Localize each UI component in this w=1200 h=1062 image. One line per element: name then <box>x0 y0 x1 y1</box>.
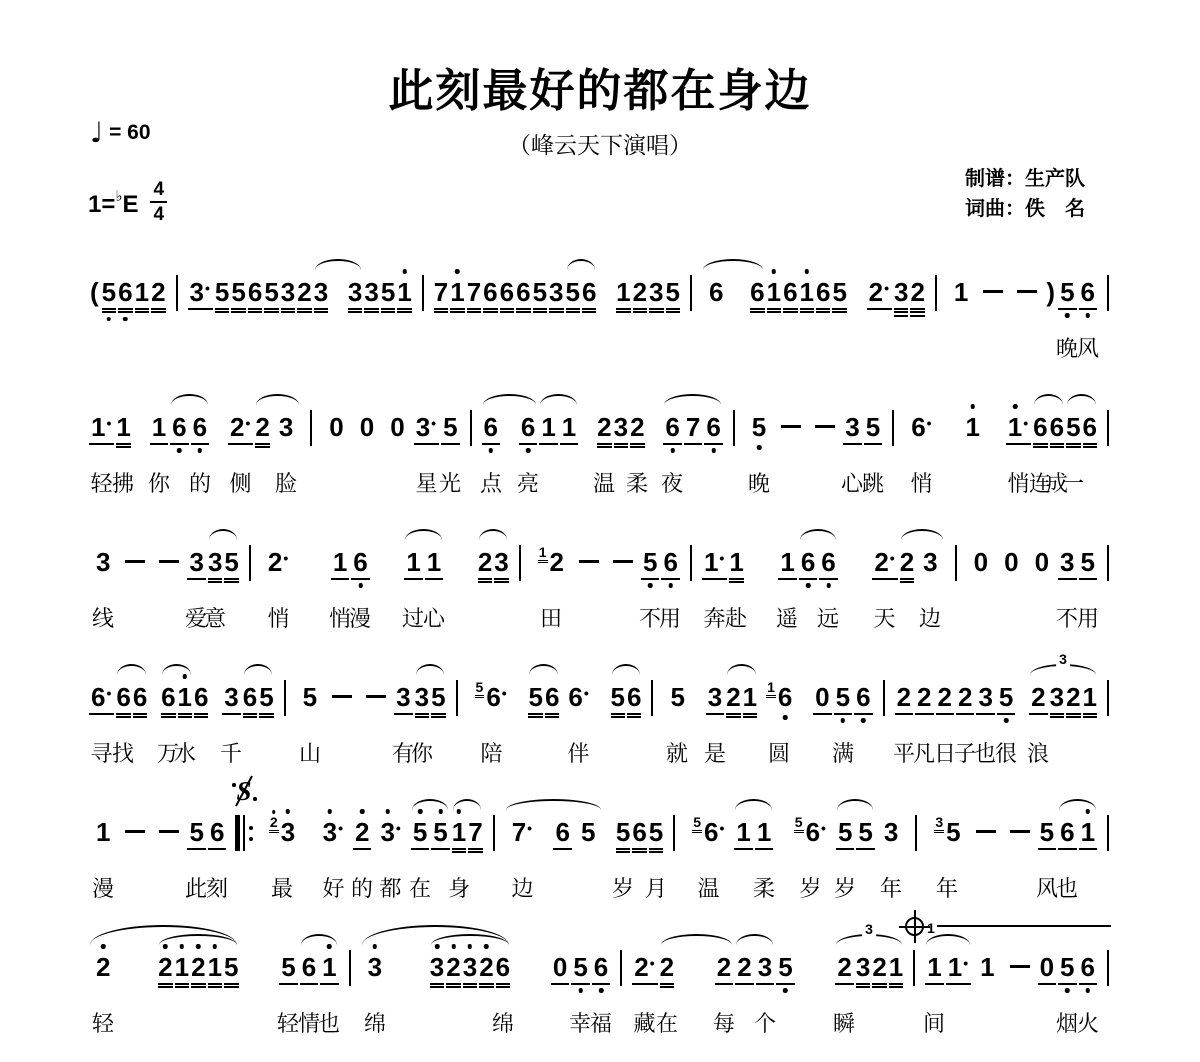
note-token: 56• <box>684 816 733 848</box>
note-token: 2 <box>296 276 312 308</box>
lyric-syllable: 藏 <box>633 1007 655 1038</box>
lyric-syllable: 日 <box>934 737 956 768</box>
barline <box>651 680 653 716</box>
note-token: 56• <box>467 681 516 713</box>
rest-token: 0 <box>382 411 412 443</box>
lyric-syllable: 悄 <box>267 602 289 633</box>
note-token: 6 <box>818 546 838 578</box>
slur-arc <box>244 664 272 675</box>
note-token: 5 <box>662 681 692 713</box>
slur-arc <box>479 529 507 540</box>
lyric-syllable: 个 <box>754 1007 776 1038</box>
rest-token: 0 <box>966 546 996 578</box>
note-token: 5 <box>380 276 396 308</box>
note-token: 1 <box>742 681 758 713</box>
lyric-syllable: 平 <box>893 737 915 768</box>
note-token: 6 <box>247 276 263 308</box>
note-token: 3 <box>915 546 945 578</box>
note-token: 1• <box>1005 411 1032 443</box>
barline <box>249 545 251 581</box>
dash-extension <box>359 681 393 713</box>
rest-token: 0 <box>996 546 1026 578</box>
dash-extension <box>118 816 152 848</box>
lyric-syllable: 天 <box>873 602 895 633</box>
score-line-4: 6•66616365533556•566•5653211605622223523… <box>88 653 1118 788</box>
barline <box>493 815 495 851</box>
note-token: 2 <box>88 951 118 983</box>
slur-arc <box>209 529 237 540</box>
note-token: 6• <box>903 411 940 443</box>
credits-block: 制谱：生产队 词曲：佚 名 <box>965 164 1085 224</box>
note-token: 6 <box>853 681 873 713</box>
lyric-syllable: 也 <box>974 737 996 768</box>
note-token: 6 <box>242 681 258 713</box>
note-token: 5 <box>430 681 446 713</box>
lyric-syllable: 也 <box>318 1007 340 1038</box>
note-token: 5 <box>744 411 774 443</box>
lyric-syllable: 也 <box>1056 872 1078 903</box>
sheet-music-page: 此刻最好的都在身边 （峰云天下演唱） ♩ = 60 1=♭E44 制谱：生产队 … <box>0 0 1200 1062</box>
lyric-syllable: 的 <box>351 872 373 903</box>
note-token: 2• <box>631 951 658 983</box>
parenthesis: ) <box>1044 276 1057 308</box>
barline <box>1107 680 1109 716</box>
note-token: 5 <box>223 546 239 578</box>
note-token: 6• <box>560 681 597 713</box>
lyric-syllable: 刻 <box>206 872 228 903</box>
slur-arc <box>735 799 772 810</box>
quarter-note-icon: ♩ <box>90 116 103 149</box>
barline <box>310 410 312 446</box>
note-token: 5 <box>214 276 230 308</box>
volta-bracket-line <box>937 925 1111 927</box>
note-token: 6 <box>115 681 131 713</box>
performer-line: （峰云天下演唱） <box>0 127 1200 160</box>
lyric-syllable: 寻 <box>90 737 112 768</box>
notation-row: 6•66616365533556•566•5653211605622223523… <box>88 681 1118 716</box>
coda-mark: 1 <box>905 917 924 936</box>
note-token: 2 <box>352 816 372 848</box>
lyric-syllable: 瞬 <box>833 1007 855 1038</box>
slur-arc <box>664 394 721 405</box>
credit-writer: 词曲：佚 名 <box>965 194 1085 224</box>
note-token: 1 <box>1078 816 1098 848</box>
note-token: 2 <box>871 951 887 983</box>
note-token: 5 <box>278 951 298 983</box>
note-token: 2 <box>909 276 925 308</box>
lyric-syllable: 意 <box>204 602 226 633</box>
lyric-syllable: 光 <box>439 467 461 498</box>
lyric-syllable: 温 <box>697 872 719 903</box>
note-token: 6 <box>482 276 498 308</box>
note-token: 1 <box>946 276 976 308</box>
note-token: 3 <box>313 276 329 308</box>
key-prefix: 1= <box>88 191 115 218</box>
note-token: 3 <box>842 411 862 443</box>
slur-arc <box>412 799 448 810</box>
grace-note: 2 <box>269 815 279 833</box>
flat-icon: ♭ <box>115 187 122 205</box>
note-token: 3• <box>315 816 352 848</box>
note-token: 2 <box>629 411 645 443</box>
repeat-begin-barline <box>235 815 253 851</box>
note-token: 1 <box>888 951 904 983</box>
note-token: 2 <box>714 951 734 983</box>
notation-row: 2212155613323260562•22235232111•1056 <box>88 951 1118 986</box>
coda-icon <box>905 917 924 936</box>
dash-extension <box>976 276 1010 308</box>
note-token: 3 <box>705 681 725 713</box>
note-token: 2• <box>227 411 254 443</box>
grace-note: 1 <box>766 680 776 698</box>
lyric-syllable: 一 <box>1062 467 1084 498</box>
notation-row: 1•11662•230003•566112326765356•11•6656 <box>88 411 1118 446</box>
note-token: 6 <box>350 546 370 578</box>
lyric-syllable: 晚 <box>1056 332 1078 363</box>
note-token: 6 <box>207 816 227 848</box>
note-token: 6 <box>798 546 818 578</box>
note-token: 3 <box>855 951 871 983</box>
slur-arc <box>540 394 577 405</box>
key-letter: E <box>122 191 138 218</box>
rest-token: 0 <box>550 951 570 983</box>
note-token: 6 <box>581 276 597 308</box>
note-token: 2 <box>734 951 754 983</box>
notation-row: 33352•16112312561•11662•2300035 <box>88 546 1118 581</box>
note-token: 2• <box>871 546 898 578</box>
note-token: 5 <box>565 276 581 308</box>
note-token: 6 <box>481 411 501 443</box>
note-token: 6 <box>662 411 682 443</box>
note-token: 3 <box>271 411 301 443</box>
note-token: 6 <box>749 276 765 308</box>
barline <box>1107 410 1109 446</box>
note-token: 1 <box>149 411 169 443</box>
note-token: 1 <box>451 816 467 848</box>
barline <box>422 275 424 311</box>
note-token: 3 <box>414 681 430 713</box>
note-token: 1 <box>559 411 579 443</box>
score-line-3: 33352•16112312561•11662•2300035线爱意悄悄漫过心田… <box>88 518 1118 653</box>
slur-arc <box>483 394 536 405</box>
note-token: 5 <box>640 546 660 578</box>
slur-arc <box>727 664 756 675</box>
lyric-syllable: 漫 <box>92 872 114 903</box>
slur-arc <box>506 799 601 810</box>
barline <box>883 680 885 716</box>
note-token: 6 <box>1057 816 1077 848</box>
slur-arc <box>612 664 640 675</box>
note-token: 3 <box>1057 546 1077 578</box>
grace-note: 5 <box>794 815 804 833</box>
lyric-syllable: 用 <box>1077 602 1099 633</box>
note-token: 2 <box>190 951 206 983</box>
note-token: 3 <box>462 951 478 983</box>
lyric-syllable: 线 <box>92 602 114 633</box>
lyric-syllable: 在 <box>656 1007 678 1038</box>
slur-arc <box>162 664 191 675</box>
note-token: 2 <box>725 681 741 713</box>
note-token: 3 <box>648 276 664 308</box>
note-token: 3 <box>207 546 223 578</box>
note-token: 5 <box>223 951 239 983</box>
dash-extension <box>808 411 842 443</box>
barline <box>176 275 178 311</box>
note-token: 6 <box>518 411 538 443</box>
note-token: 1• <box>701 546 728 578</box>
note-token: 6 <box>660 546 680 578</box>
note-token: 1 <box>115 411 131 443</box>
lyric-syllable: 间 <box>923 1007 945 1038</box>
lyric-syllable: 圆 <box>768 737 790 768</box>
note-token: 6 <box>499 276 515 308</box>
barline <box>915 815 917 851</box>
note-token: 6 <box>701 276 731 308</box>
notation-row: 156233•23•55177•6556556•1156•55335561 <box>88 816 1118 851</box>
augmentation-dot: • <box>963 956 968 970</box>
note-token: 5 <box>1078 546 1098 578</box>
lyric-syllable: 每 <box>713 1007 735 1038</box>
note-token: 6 <box>160 681 176 713</box>
lyric-syllable: 你 <box>411 737 433 768</box>
note-token: 1 <box>174 951 190 983</box>
slur-arc <box>800 529 836 540</box>
note-token: 5 <box>996 681 1016 713</box>
note-token: 5 <box>230 276 246 308</box>
lyric-syllable: 边 <box>919 602 941 633</box>
note-token: 5 <box>527 681 543 713</box>
note-token: 6 <box>495 951 511 983</box>
note-token: 3 <box>88 546 118 578</box>
lyric-syllable: 悄 <box>329 602 351 633</box>
note-token: 3 <box>755 951 775 983</box>
barline <box>456 680 458 716</box>
note-token: 1 <box>733 816 753 848</box>
grace-note: 3 <box>934 815 944 833</box>
augmentation-dot: • <box>338 821 343 835</box>
note-token: 2 <box>150 276 166 308</box>
lyric-syllable: 风 <box>1077 332 1099 363</box>
lyric-syllable: 情 <box>298 1007 320 1038</box>
note-token: 6 <box>190 411 210 443</box>
barline <box>349 950 351 986</box>
dash-extension <box>969 816 1003 848</box>
score-line-5: 156233•23•55177•6556556•1156•55335561漫此刻… <box>88 788 1118 923</box>
notation-row: (56123•556532333517176665356123566161652… <box>88 276 1118 311</box>
barline <box>1107 545 1109 581</box>
lyric-syllable: 侧 <box>229 467 251 498</box>
note-token: 1 <box>728 546 744 578</box>
barline <box>284 680 286 716</box>
note-token: 1 <box>777 546 797 578</box>
augmentation-dot: • <box>502 686 507 700</box>
lyric-syllable: 夜 <box>661 467 683 498</box>
note-token: 1 <box>330 546 350 578</box>
note-token: 5 <box>101 276 117 308</box>
augmentation-dot: • <box>821 821 826 835</box>
lyric-syllable: 水 <box>174 737 196 768</box>
lyric-syllable: 你 <box>148 467 170 498</box>
note-token: 1 <box>449 276 465 308</box>
note-token: 6 <box>1082 411 1098 443</box>
note-token: 6 <box>132 681 148 713</box>
lyric-syllable: 脸 <box>275 467 297 498</box>
lyric-syllable: 漫 <box>349 602 371 633</box>
note-token: 1 <box>403 546 423 578</box>
credit-arranger: 制谱：生产队 <box>965 164 1085 194</box>
lyric-syllable: 幸 <box>569 1007 591 1038</box>
lyric-syllable: 点 <box>480 467 502 498</box>
lyric-syllable: 陪 <box>480 737 502 768</box>
note-token: 5 <box>263 276 279 308</box>
lyric-syllable: 年 <box>880 872 902 903</box>
note-token: 3 <box>393 681 413 713</box>
barline <box>955 545 957 581</box>
note-token: 1 <box>207 951 223 983</box>
augmentation-dot: • <box>650 956 655 970</box>
lyric-syllable: 晚 <box>748 467 770 498</box>
note-token: 2 <box>935 681 955 713</box>
augmentation-dot: • <box>431 416 436 430</box>
note-token: 3 <box>429 951 445 983</box>
score-line-2: 1•11662•230003•566112326765356•11•6656轻拂… <box>88 383 1118 518</box>
note-token: 5 <box>831 276 847 308</box>
note-token: 1 <box>88 816 118 848</box>
note-token: 12 <box>530 546 572 578</box>
barline <box>733 410 735 446</box>
note-token: 6 <box>1078 276 1098 308</box>
note-token: 2 <box>477 546 493 578</box>
barline <box>1107 950 1109 986</box>
note-token: 1 <box>766 276 782 308</box>
note-token: 2 <box>914 681 934 713</box>
note-token: 6 <box>815 276 831 308</box>
lyric-syllable: 跳 <box>862 467 884 498</box>
note-token: 5 <box>410 816 430 848</box>
volta-number: 1 <box>927 920 935 936</box>
note-token: 2 <box>596 411 612 443</box>
lyric-syllable: 绵 <box>492 1007 514 1038</box>
augmentation-dot: • <box>106 416 111 430</box>
note-token: 5 <box>1057 951 1077 983</box>
augmentation-dot: • <box>890 551 895 565</box>
lyric-syllable: 在 <box>409 872 431 903</box>
note-token: 2 <box>445 951 461 983</box>
lyric-syllable: 福 <box>590 1007 612 1038</box>
lyric-syllable: 山 <box>299 737 321 768</box>
note-token: 5 <box>573 816 603 848</box>
augmentation-dot: • <box>396 821 401 835</box>
note-token: 2 <box>955 681 975 713</box>
note-token: 6 <box>703 411 723 443</box>
note-token: 2 <box>659 951 675 983</box>
note-token: 5 <box>610 681 626 713</box>
note-token: 1 <box>319 951 339 983</box>
note-token: 1 <box>134 276 150 308</box>
note-token: 5 <box>665 276 681 308</box>
note-token: 2• <box>260 546 297 578</box>
dash-extension <box>572 546 606 578</box>
note-token: 5 <box>295 681 325 713</box>
note-token: 3• <box>372 816 409 848</box>
lyric-syllable: 温 <box>593 467 615 498</box>
note-token: 2 <box>1065 681 1081 713</box>
note-token: 5 <box>186 816 206 848</box>
slur-arc <box>567 259 595 270</box>
augmentation-dot: • <box>283 551 288 565</box>
augmentation-dot: • <box>527 821 532 835</box>
dash-extension <box>1003 816 1037 848</box>
note-token: 6 <box>544 681 560 713</box>
slur-arc <box>416 664 444 675</box>
note-token: 6 <box>782 276 798 308</box>
rest-token: 0 <box>321 411 351 443</box>
augmentation-dot: • <box>884 281 889 295</box>
grace-note: 1 <box>538 545 548 563</box>
lyric-syllable: 满 <box>832 737 854 768</box>
note-token: 16 <box>758 681 800 713</box>
note-token: 5 <box>1057 276 1077 308</box>
note-token: 7 <box>466 276 482 308</box>
score-body: (56123•556532333517176665356123566161652… <box>88 248 1118 1058</box>
lyric-syllable: 岁 <box>612 872 634 903</box>
note-token: 7 <box>433 276 449 308</box>
note-token: 6 <box>1078 951 1098 983</box>
score-line-6: 2212155613323260562•22235232111•1056轻轻情也… <box>88 923 1118 1058</box>
lyric-syllable: 火 <box>1077 1007 1099 1038</box>
score-line-1: (56123•556532333517176665356123566161652… <box>88 248 1118 383</box>
note-token: 3• <box>187 276 214 308</box>
note-token: 3 <box>975 681 995 713</box>
lyric-syllable: 月 <box>645 872 667 903</box>
rest-token: 0 <box>812 681 832 713</box>
augmentation-dot: • <box>205 281 210 295</box>
note-token: 1 <box>924 951 944 983</box>
slur-arc <box>405 529 442 540</box>
note-token: 5 <box>855 816 875 848</box>
note-token: 2 <box>1028 681 1048 713</box>
note-token: 2 <box>834 951 854 983</box>
note-token: 3 <box>1049 681 1065 713</box>
note-token: 6 <box>193 681 209 713</box>
slur-arc <box>703 259 763 270</box>
note-token: 1 <box>972 951 1002 983</box>
lyric-syllable: 不 <box>1056 602 1078 633</box>
lyric-syllable: 赴 <box>725 602 747 633</box>
lyric-syllable: 悄 <box>910 467 932 498</box>
lyric-syllable: 就 <box>666 737 688 768</box>
note-token: 23 <box>261 816 303 848</box>
note-token: 2 <box>157 951 173 983</box>
dash-extension <box>774 411 808 443</box>
note-token: 5 <box>775 951 795 983</box>
tempo-marking: ♩ = 60 <box>90 116 151 149</box>
lyric-syllable: 找 <box>112 737 134 768</box>
dash-extension <box>152 546 186 578</box>
augmentation-dot: • <box>245 416 250 430</box>
dash-extension <box>1003 951 1037 983</box>
slur-arc <box>661 934 732 945</box>
triplet-number: 3 <box>1056 651 1070 667</box>
note-token: 1 <box>177 681 193 713</box>
note-token: 56• <box>786 816 835 848</box>
lyric-syllable: 很 <box>995 737 1017 768</box>
slur-arc <box>1034 394 1063 405</box>
note-token: 7• <box>504 816 541 848</box>
note-token: 5 <box>615 816 631 848</box>
lyric-syllable: 田 <box>540 602 562 633</box>
slur-arc <box>315 259 361 270</box>
